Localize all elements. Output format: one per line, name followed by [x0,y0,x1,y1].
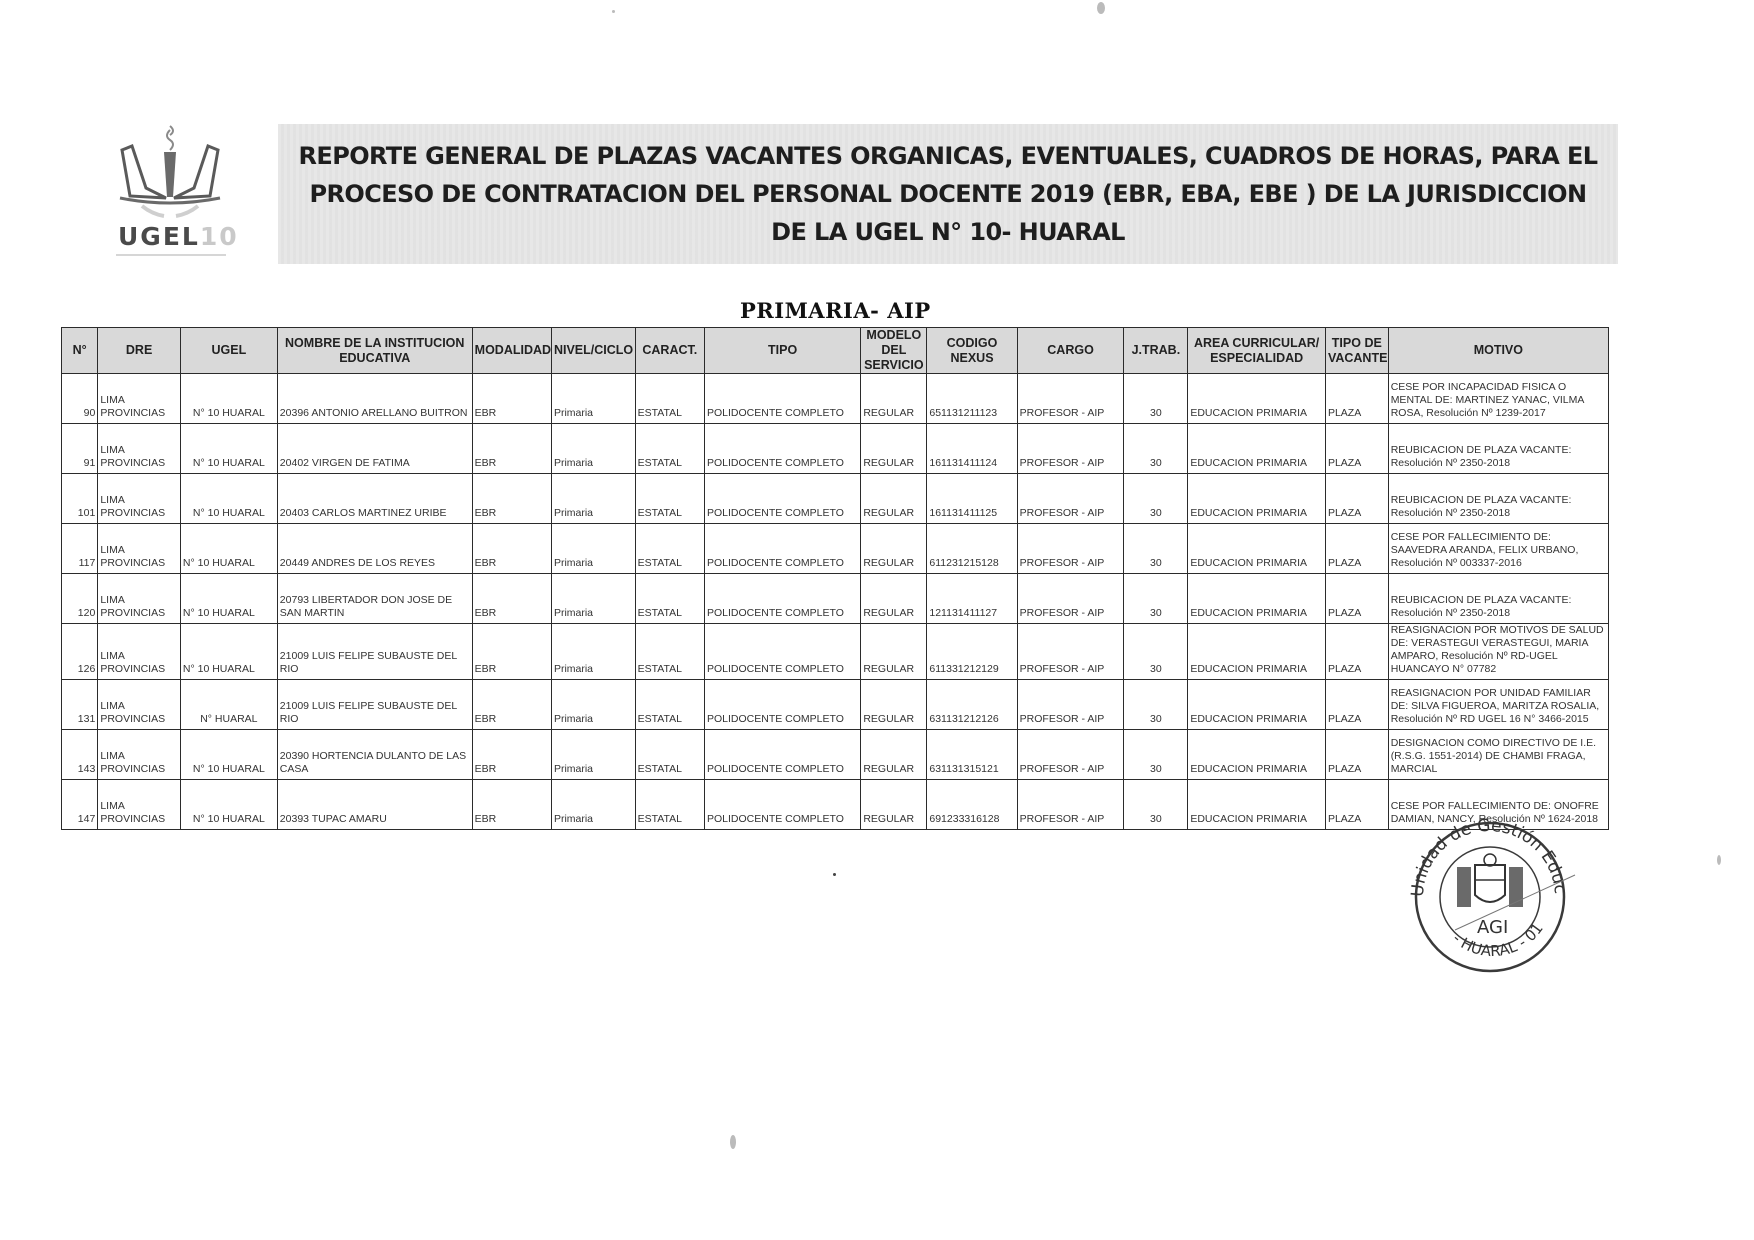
cell-motivo: REUBICACION DE PLAZA VACANTE: Resolución… [1388,424,1608,474]
cell-ie: 20390 HORTENCIA DULANTO DE LAS CASA [277,730,472,780]
cell-ugel: N° 10 HUARAL [180,780,277,830]
cell-caract: ESTATAL [635,780,704,830]
book-torch-icon [112,120,228,225]
stamp-outer-text: Unidad de Gestión Educativa Local N° [1395,805,1570,898]
cell-jtrab: 30 [1124,474,1188,524]
cell-dre: LIMA PROVINCIAS [98,524,181,574]
cell-tipo: POLIDOCENTE COMPLETO [704,680,860,730]
cell-modelo: REGULAR [861,680,927,730]
cell-jtrab: 30 [1124,424,1188,474]
cell-dre: LIMA PROVINCIAS [98,474,181,524]
cell-ugel: N° 10 HUARAL [180,424,277,474]
logo-brand-num: 10 [200,222,239,251]
header-col-cargo: CARGO [1017,328,1124,374]
section-title: PRIMARIA- AIP [740,298,931,323]
cell-nexus: 121131411127 [927,574,1017,624]
logo-tagline [116,254,226,256]
cell-jtrab: 30 [1124,780,1188,830]
cell-motivo: REUBICACION DE PLAZA VACANTE: Resolución… [1388,574,1608,624]
cell-vacante: PLAZA [1325,624,1388,680]
cell-dre: LIMA PROVINCIAS [98,624,181,680]
cell-modalidad: EBR [472,680,551,730]
table-row: 126LIMA PROVINCIASN° 10 HUARAL21009 LUIS… [62,624,1609,680]
cell-ie: 20393 TUPAC AMARU [277,780,472,830]
header-col-n: N° [62,328,98,374]
cell-cargo: PROFESOR - AIP [1017,680,1124,730]
cell-ugel: N° 10 HUARAL [180,524,277,574]
cell-motivo: CESE POR INCAPACIDAD FISICA O MENTAL DE:… [1388,374,1608,424]
cell-tipo: POLIDOCENTE COMPLETO [704,524,860,574]
cell-caract: ESTATAL [635,374,704,424]
cell-dre: LIMA PROVINCIAS [98,424,181,474]
cell-vacante: PLAZA [1325,680,1388,730]
cell-nivel: Primaria [551,730,635,780]
cell-ie: 20402 VIRGEN DE FATIMA [277,424,472,474]
cell-tipo: POLIDOCENTE COMPLETO [704,424,860,474]
cell-area: EDUCACION PRIMARIA [1188,730,1326,780]
cell-n: 91 [62,424,98,474]
cell-modelo: REGULAR [861,524,927,574]
ugel-logo: UGEL10 [112,120,228,265]
cell-nivel: Primaria [551,374,635,424]
cell-vacante: PLAZA [1325,374,1388,424]
cell-modalidad: EBR [472,374,551,424]
cell-n: 126 [62,624,98,680]
cell-motivo: DESIGNACION COMO DIRECTIVO DE I.E. (R.S.… [1388,730,1608,780]
cell-dre: LIMA PROVINCIAS [98,374,181,424]
header-col-jtrab: J.TRAB. [1124,328,1188,374]
cell-modalidad: EBR [472,730,551,780]
cell-n: 117 [62,524,98,574]
cell-tipo: POLIDOCENTE COMPLETO [704,574,860,624]
cell-area: EDUCACION PRIMARIA [1188,680,1326,730]
cell-dre: LIMA PROVINCIAS [98,780,181,830]
report-title-box: REPORTE GENERAL DE PLAZAS VACANTES ORGAN… [278,124,1618,264]
table-row: 143LIMA PROVINCIASN° 10 HUARAL20390 HORT… [62,730,1609,780]
cell-nexus: 631131212126 [927,680,1017,730]
cell-ugel: N° 10 HUARAL [180,624,277,680]
cell-nexus: 691233316128 [927,780,1017,830]
cell-n: 90 [62,374,98,424]
cell-n: 131 [62,680,98,730]
cell-ie: 21009 LUIS FELIPE SUBAUSTE DEL RIO [277,624,472,680]
cell-cargo: PROFESOR - AIP [1017,574,1124,624]
cell-nivel: Primaria [551,780,635,830]
cell-motivo: REASIGNACION POR MOTIVOS DE SALUD DE: VE… [1388,624,1608,680]
cell-modalidad: EBR [472,474,551,524]
cell-vacante: PLAZA [1325,524,1388,574]
cell-nexus: 611331212129 [927,624,1017,680]
table-row: 101LIMA PROVINCIASN° 10 HUARAL20403 CARL… [62,474,1609,524]
header-col-caract: CARACT. [635,328,704,374]
header-col-ie: NOMBRE DE LA INSTITUCION EDUCATIVA [277,328,472,374]
table-row: 131LIMA PROVINCIASN° HUARAL21009 LUIS FE… [62,680,1609,730]
cell-tipo: POLIDOCENTE COMPLETO [704,474,860,524]
cell-modelo: REGULAR [861,730,927,780]
cell-caract: ESTATAL [635,524,704,574]
cell-nivel: Primaria [551,474,635,524]
stamp-inner-text: AGI [1477,917,1508,938]
cell-cargo: PROFESOR - AIP [1017,374,1124,424]
cell-modalidad: EBR [472,624,551,680]
cell-nivel: Primaria [551,424,635,474]
cell-caract: ESTATAL [635,730,704,780]
header-col-nivel: NIVEL/CICLO [551,328,635,374]
table-row: 117LIMA PROVINCIASN° 10 HUARAL20449 ANDR… [62,524,1609,574]
cell-n: 101 [62,474,98,524]
cell-modelo: REGULAR [861,474,927,524]
cell-tipo: POLIDOCENTE COMPLETO [704,730,860,780]
header-col-tipo: TIPO [704,328,860,374]
cell-modalidad: EBR [472,424,551,474]
header-col-area: AREA CURRICULAR/ ESPECIALIDAD [1188,328,1326,374]
cell-caract: ESTATAL [635,574,704,624]
cell-n: 147 [62,780,98,830]
cell-ugel: N° 10 HUARAL [180,474,277,524]
svg-text:Unidad de Gestión Educativa Lo: Unidad de Gestión Educativa Local N° [1395,805,1570,898]
official-stamp: Unidad de Gestión Educativa Local N° - H… [1395,805,1595,975]
cell-cargo: PROFESOR - AIP [1017,624,1124,680]
cell-modalidad: EBR [472,780,551,830]
cell-jtrab: 30 [1124,624,1188,680]
table-row: 91LIMA PROVINCIASN° 10 HUARAL20402 VIRGE… [62,424,1609,474]
header-col-dre: DRE [98,328,181,374]
cell-cargo: PROFESOR - AIP [1017,424,1124,474]
header-col-modalidad: MODALIDAD [472,328,551,374]
header-col-ugel: UGEL [180,328,277,374]
table-header-row: N°DREUGELNOMBRE DE LA INSTITUCION EDUCAT… [62,328,1609,374]
header-col-vacante: TIPO DE VACANTE [1325,328,1388,374]
cell-modalidad: EBR [472,574,551,624]
cell-nexus: 161131411124 [927,424,1017,474]
cell-caract: ESTATAL [635,474,704,524]
cell-modelo: REGULAR [861,374,927,424]
cell-area: EDUCACION PRIMARIA [1188,474,1326,524]
cell-area: EDUCACION PRIMARIA [1188,624,1326,680]
cell-ie: 20449 ANDRES DE LOS REYES [277,524,472,574]
logo-brand-main: UGEL [118,222,200,251]
cell-cargo: PROFESOR - AIP [1017,780,1124,830]
peru-coat-of-arms-icon [1457,854,1523,907]
cell-area: EDUCACION PRIMARIA [1188,780,1326,830]
cell-caract: ESTATAL [635,624,704,680]
cell-ie: 20396 ANTONIO ARELLANO BUITRON [277,374,472,424]
cell-ie: 20793 LIBERTADOR DON JOSE DE SAN MARTIN [277,574,472,624]
report-title: REPORTE GENERAL DE PLAZAS VACANTES ORGAN… [298,137,1598,251]
cell-dre: LIMA PROVINCIAS [98,574,181,624]
cell-vacante: PLAZA [1325,424,1388,474]
cell-ugel: N° HUARAL [180,680,277,730]
cell-dre: LIMA PROVINCIAS [98,680,181,730]
cell-ie: 21009 LUIS FELIPE SUBAUSTE DEL RIO [277,680,472,730]
table-row: 147LIMA PROVINCIASN° 10 HUARAL20393 TUPA… [62,780,1609,830]
cell-jtrab: 30 [1124,524,1188,574]
header-col-nexus: CODIGO NEXUS [927,328,1017,374]
cell-area: EDUCACION PRIMARIA [1188,574,1326,624]
cell-caract: ESTATAL [635,680,704,730]
cell-nexus: 161131411125 [927,474,1017,524]
cell-modelo: REGULAR [861,624,927,680]
cell-cargo: PROFESOR - AIP [1017,524,1124,574]
cell-vacante: PLAZA [1325,474,1388,524]
cell-n: 143 [62,730,98,780]
cell-ugel: N° 10 HUARAL [180,730,277,780]
cell-n: 120 [62,574,98,624]
cell-tipo: POLIDOCENTE COMPLETO [704,780,860,830]
vacancies-table: N°DREUGELNOMBRE DE LA INSTITUCION EDUCAT… [61,327,1609,830]
cell-ugel: N° 10 HUARAL [180,574,277,624]
cell-motivo: REUBICACION DE PLAZA VACANTE: Resolución… [1388,474,1608,524]
cell-jtrab: 30 [1124,680,1188,730]
cell-nivel: Primaria [551,680,635,730]
cell-nexus: 651131211123 [927,374,1017,424]
cell-jtrab: 30 [1124,730,1188,780]
cell-ugel: N° 10 HUARAL [180,374,277,424]
cell-tipo: POLIDOCENTE COMPLETO [704,624,860,680]
cell-tipo: POLIDOCENTE COMPLETO [704,374,860,424]
cell-nivel: Primaria [551,574,635,624]
cell-nivel: Primaria [551,524,635,574]
cell-motivo: REASIGNACION POR UNIDAD FAMILIAR DE: SIL… [1388,680,1608,730]
cell-area: EDUCACION PRIMARIA [1188,524,1326,574]
cell-vacante: PLAZA [1325,780,1388,830]
cell-modelo: REGULAR [861,780,927,830]
cell-jtrab: 30 [1124,574,1188,624]
header-col-motivo: MOTIVO [1388,328,1608,374]
cell-ie: 20403 CARLOS MARTINEZ URIBE [277,474,472,524]
cell-vacante: PLAZA [1325,574,1388,624]
cell-area: EDUCACION PRIMARIA [1188,424,1326,474]
cell-motivo: CESE POR FALLECIMIENTO DE: SAAVEDRA ARAN… [1388,524,1608,574]
cell-dre: LIMA PROVINCIAS [98,730,181,780]
cell-nexus: 631131315121 [927,730,1017,780]
cell-cargo: PROFESOR - AIP [1017,730,1124,780]
cell-nivel: Primaria [551,624,635,680]
cell-modelo: REGULAR [861,574,927,624]
cell-modelo: REGULAR [861,424,927,474]
cell-nexus: 611231215128 [927,524,1017,574]
cell-modalidad: EBR [472,524,551,574]
cell-vacante: PLAZA [1325,730,1388,780]
cell-jtrab: 30 [1124,374,1188,424]
cell-caract: ESTATAL [635,424,704,474]
cell-cargo: PROFESOR - AIP [1017,474,1124,524]
table-row: 120LIMA PROVINCIASN° 10 HUARAL20793 LIBE… [62,574,1609,624]
header-col-modelo: MODELO DEL SERVICIO [861,328,927,374]
cell-area: EDUCACION PRIMARIA [1188,374,1326,424]
table-row: 90LIMA PROVINCIASN° 10 HUARAL20396 ANTON… [62,374,1609,424]
